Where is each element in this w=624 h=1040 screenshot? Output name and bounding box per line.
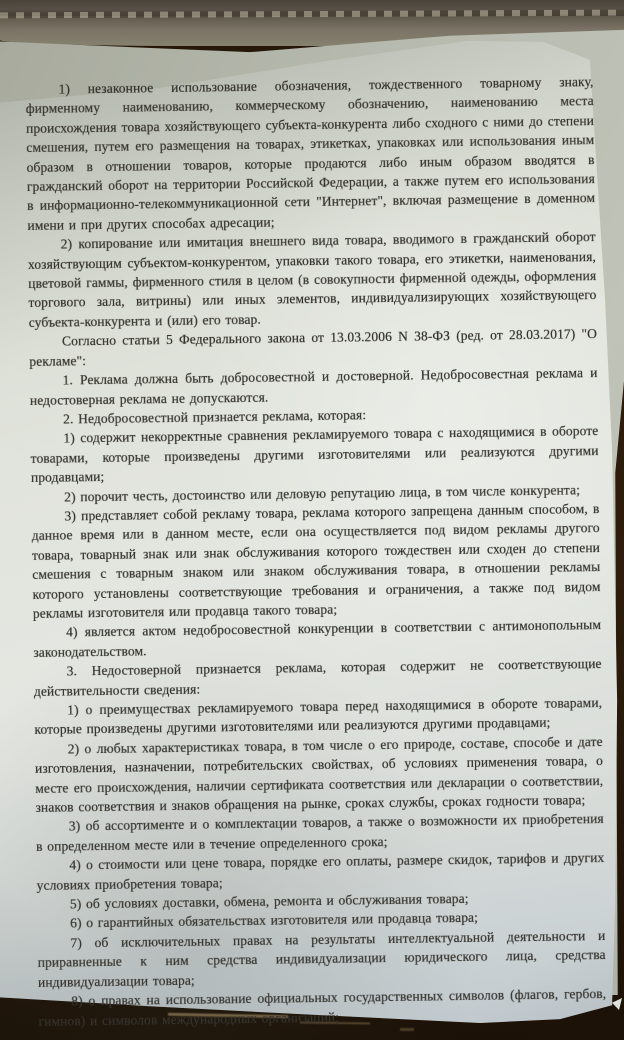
- paragraph-clause-2-item-1: 1) содержит некорректные сравнения рекла…: [30, 421, 599, 487]
- paper-tear-mark: [612, 998, 622, 1010]
- paragraph-clause-3-item-7: 7) об исключительных правах на результат…: [37, 926, 606, 992]
- paragraph-clause-3-item-2: 2) о любых характеристиках товара, в том…: [35, 732, 604, 818]
- paragraph-unfair-competition-item-1: 1) незаконное использование обозначения,…: [25, 72, 595, 235]
- photo-of-document: 0 » 9 1 1) незаконное использование обоз…: [0, 0, 624, 1040]
- paragraph-clause-2-item-3: 3) представляет собой рекламу товара, ре…: [31, 499, 601, 623]
- paragraph-clause-3-item-8: 8) о правах на использование официальных…: [38, 984, 606, 1031]
- table-scratch: [400, 1028, 414, 1031]
- document-text: 1) незаконное использование обозначения,…: [25, 72, 606, 1031]
- paragraph-unfair-competition-item-2: 2) копирование или имитация внешнего вид…: [28, 227, 597, 332]
